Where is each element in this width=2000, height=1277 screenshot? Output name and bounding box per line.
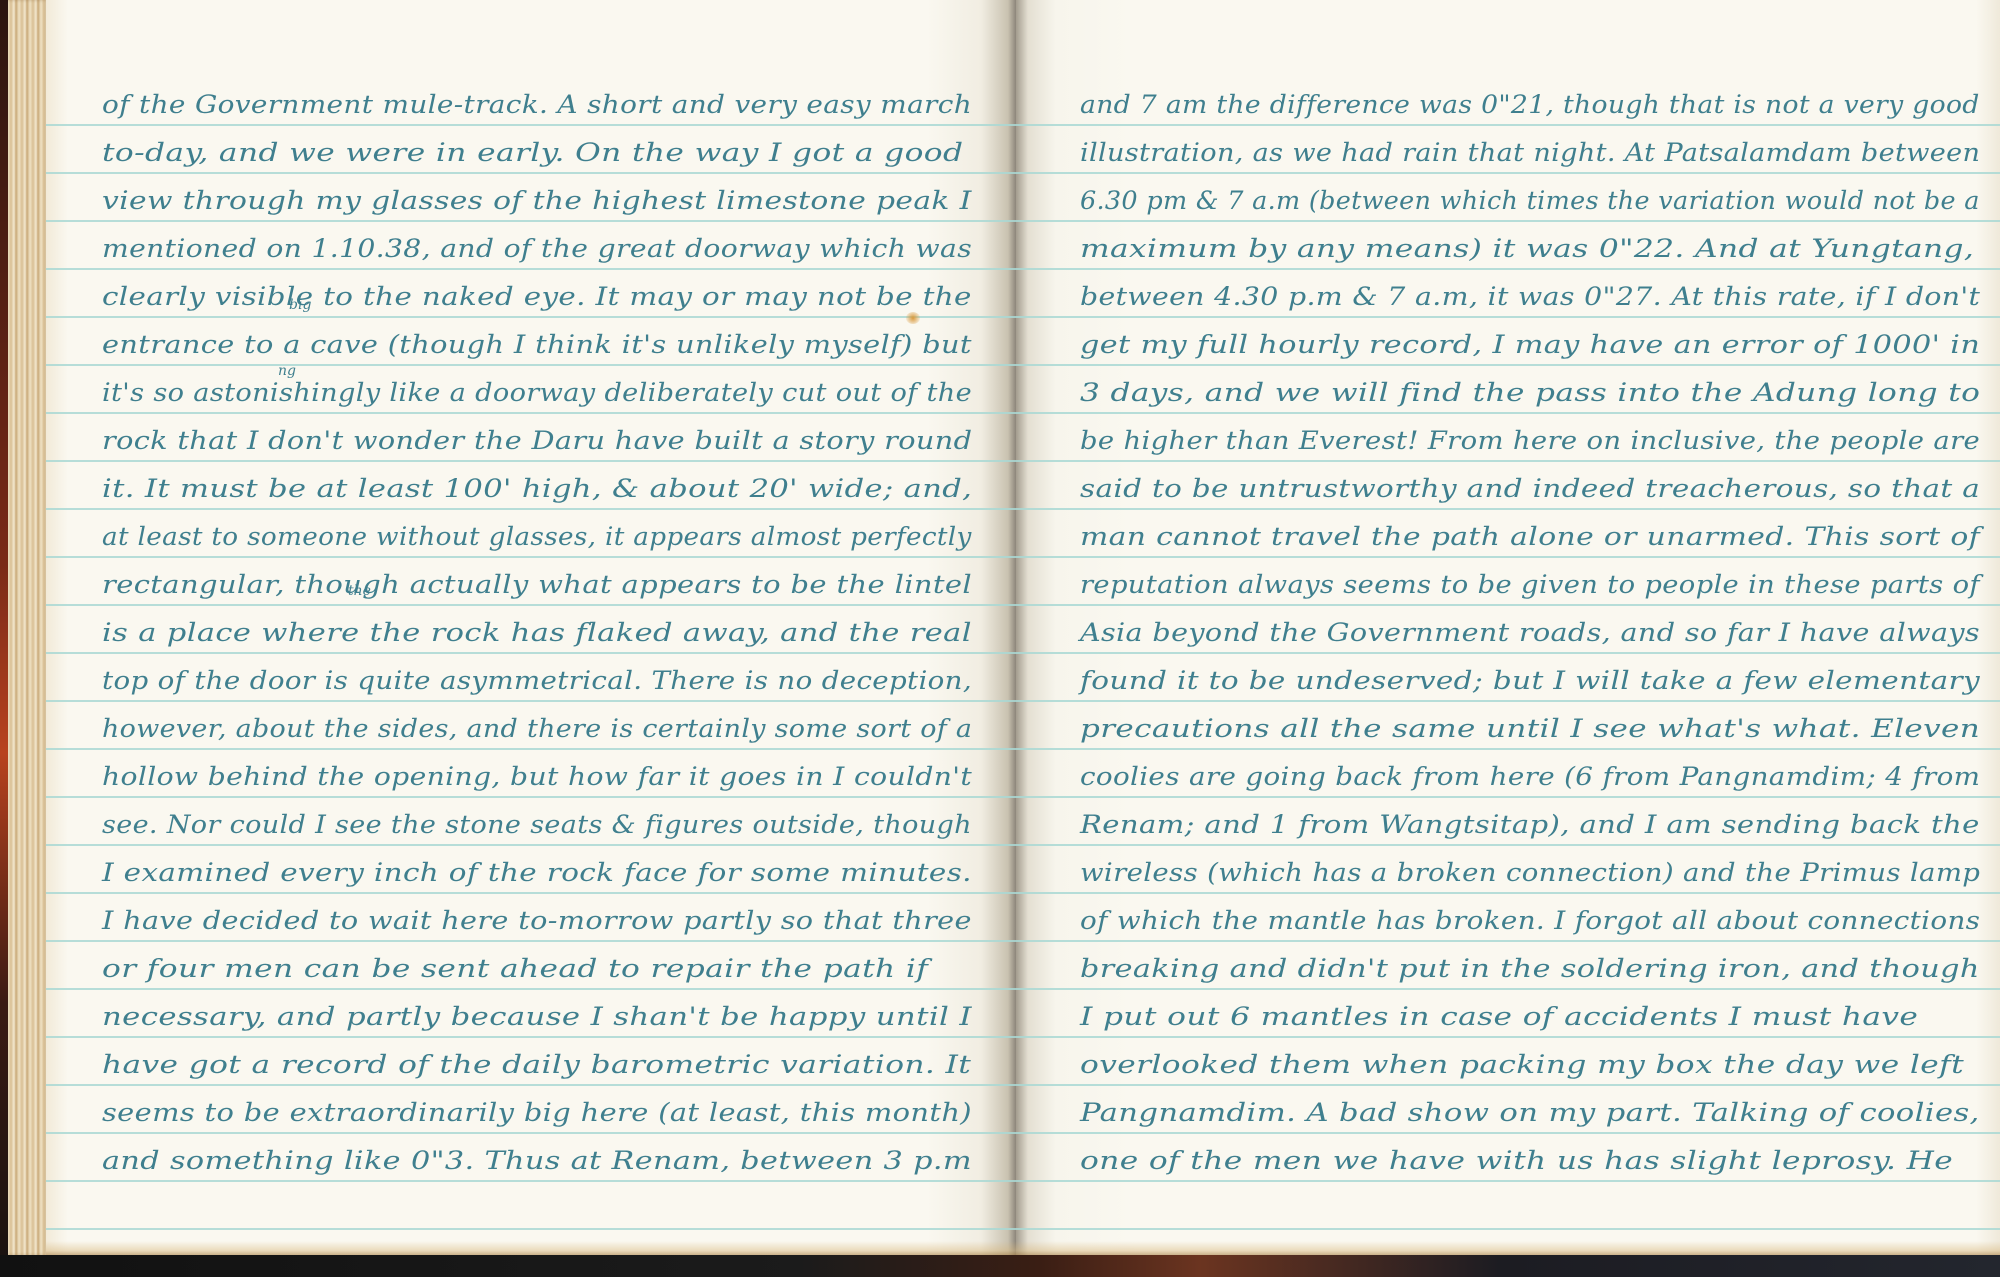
handwritten-line: and 7 am the difference was 0"21, though… (1080, 90, 1980, 119)
handwritten-line: is a place where the rock has flaked awa… (102, 618, 972, 647)
handwritten-line: entrance to a cave (though I think it's … (102, 330, 972, 359)
page-foxing (46, 1241, 1016, 1255)
handwritten-line: Pangnamdim. A bad show on my part. Talki… (1080, 1098, 1980, 1127)
table-surface (0, 1255, 2000, 1277)
handwritten-line: hollow behind the opening, but how far i… (102, 762, 972, 791)
handwritten-line: breaking and didn't put in the soldering… (1080, 954, 1980, 983)
handwritten-line: illustration, as we had rain that night.… (1080, 138, 1980, 167)
handwritten-line: man cannot travel the path alone or unar… (1080, 522, 1980, 551)
handwritten-line: I put out 6 mantles in case of accidents… (1080, 1002, 1918, 1031)
handwritten-line: at least to someone without glasses, it … (102, 522, 972, 551)
handwritten-line: found it to be undeserved; but I will ta… (1080, 666, 1980, 695)
handwritten-line: mentioned on 1.10.38, and of the great d… (102, 234, 972, 263)
page-stack-edge (8, 0, 48, 1255)
handwritten-line: wireless (which has a broken connection)… (1080, 858, 1980, 887)
handwritten-line: seems to be extraordinarily big here (at… (102, 1098, 972, 1127)
handwritten-line: 3 days, and we will find the pass into t… (1080, 378, 1980, 407)
handwritten-line: of which the mantle has broken. I forgot… (1080, 906, 1980, 935)
handwritten-line: overlooked them when packing my box the … (1080, 1050, 1964, 1079)
handwritten-line: I examined every inch of the rock face f… (102, 858, 972, 887)
page-foxing (1016, 1241, 2000, 1255)
handwritten-line: Asia beyond the Government roads, and so… (1080, 618, 1980, 647)
handwritten-line: of the Government mule-track. A short an… (102, 90, 972, 119)
inserted-word: big (289, 297, 311, 313)
handwritten-line: necessary, and partly because I shan't b… (102, 1002, 972, 1031)
handwritten-line: Renam; and 1 from Wangtsitap), and I am … (1080, 810, 1980, 839)
handwritten-line: one of the men we have with us has sligh… (1080, 1146, 1953, 1175)
handwritten-line: however, about the sides, and there is c… (102, 714, 972, 743)
handwritten-line: 6.30 pm & 7 a.m (between which times the… (1080, 186, 1980, 215)
right-page: and 7 am the difference was 0"21, though… (1016, 0, 2000, 1255)
handwritten-line: rock that I don't wonder the Daru have b… (102, 426, 972, 455)
left-page: of the Government mule-track. A short an… (46, 0, 1016, 1255)
handwritten-line: be higher than Everest! From here on inc… (1080, 426, 1980, 455)
handwritten-line: I have decided to wait here to-morrow pa… (102, 906, 972, 935)
inserted-word: the (348, 583, 371, 599)
handwritten-line: maximum by any means) it was 0"22. And a… (1080, 234, 1974, 263)
handwritten-line: it's so astonishingly like a doorway del… (102, 378, 972, 407)
handwritten-line: between 4.30 p.m & 7 a.m, it was 0"27. A… (1080, 282, 1980, 311)
handwritten-line: view through my glasses of the highest l… (102, 186, 972, 215)
handwritten-line: precautions all the same until I see wha… (1080, 714, 1980, 743)
handwritten-line: or four men can be sent ahead to repair … (102, 954, 928, 983)
handwritten-line: and something like 0"3. Thus at Renam, b… (102, 1146, 972, 1175)
handwritten-line: top of the door is quite asymmetrical. T… (102, 666, 972, 695)
handwritten-line: said to be untrustworthy and indeed trea… (1080, 474, 1980, 503)
handwritten-line: coolies are going back from here (6 from… (1080, 762, 1980, 791)
right-page-text: and 7 am the difference was 0"21, though… (1016, 0, 2000, 1255)
inserted-word: ng (278, 363, 296, 379)
handwritten-line: reputation always seems to be given to p… (1080, 570, 1980, 599)
handwritten-line: rectangular, though actually what appear… (102, 570, 972, 599)
handwritten-line: have got a record of the daily barometri… (102, 1050, 971, 1079)
ink-stain (906, 312, 920, 324)
handwritten-line: clearly visible to the naked eye. It may… (102, 282, 972, 311)
handwritten-line: get my full hourly record, I may have an… (1080, 330, 1980, 359)
handwritten-line: see. Nor could I see the stone seats & f… (102, 810, 972, 839)
left-page-text: of the Government mule-track. A short an… (46, 0, 1016, 1255)
handwritten-line: to-day, and we were in early. On the way… (102, 138, 963, 167)
open-notebook: of the Government mule-track. A short an… (0, 0, 2000, 1255)
handwritten-line: it. It must be at least 100' high, & abo… (102, 474, 972, 503)
